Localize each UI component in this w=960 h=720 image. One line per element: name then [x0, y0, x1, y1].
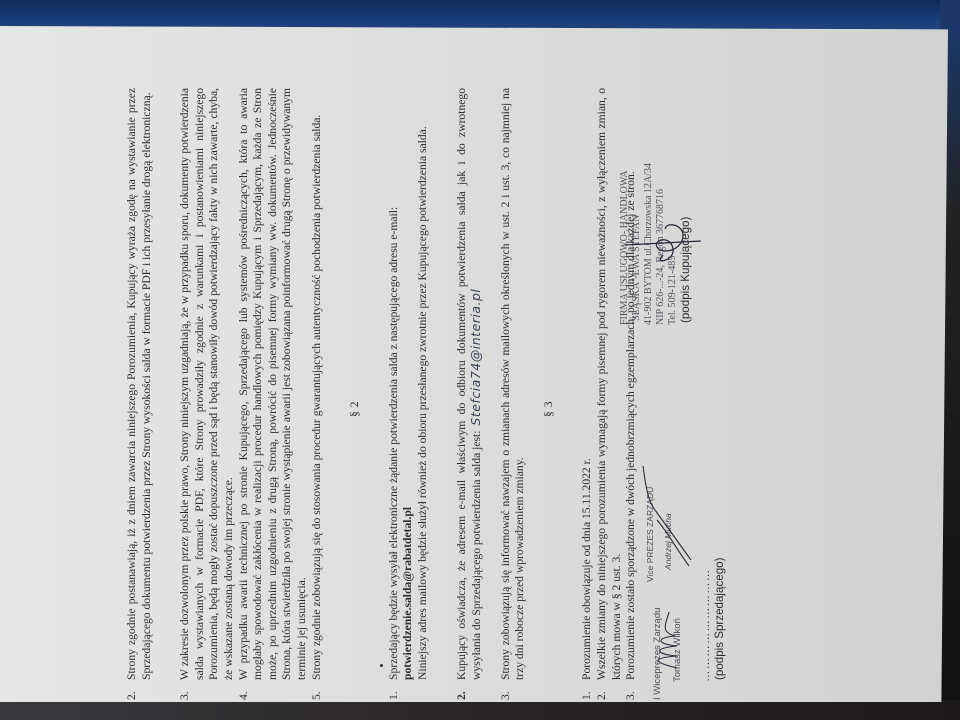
seller-stamp-title-left: I Wiceprezes Zarządu — [653, 608, 664, 700]
background-blue-surface — [0, 0, 960, 30]
signature-block: I Wiceprezes Zarządu Vice PREZES ZARZĄDU… — [645, 88, 755, 700]
section2-item-2: 2. Kupujący oświadcza, że adresem e-mail… — [455, 88, 485, 700]
item-number: 2. — [455, 691, 470, 700]
document-page: 2. Strony zgodnie postanawiają, iż z dni… — [125, 88, 925, 700]
stamp-line: FIRMA USŁUGOWO- HANDLOWA — [619, 105, 631, 325]
buyer-company-stamp: FIRMA USŁUGOWO- HANDLOWA "ŚLĄSKA" EWA ST… — [619, 105, 679, 345]
section1-item-3: 3. W zakresie dozwolonym przez polskie p… — [178, 88, 236, 700]
section1-item-5: 5. Strony zgodnie zobowiązują się do sto… — [310, 88, 325, 700]
item-number: 5. — [310, 691, 325, 700]
item-number: 1. — [387, 691, 402, 700]
section3-title: § 3 — [542, 88, 557, 700]
speck — [380, 664, 383, 667]
item-number: 3. — [178, 691, 193, 700]
section1-item-2: 2. Strony zgodnie postanawiają, iż z dni… — [125, 88, 154, 700]
item-number: 2. — [125, 691, 140, 700]
item-text: Strony zgodnie zobowiązują się do stosow… — [310, 88, 325, 680]
buyer-signature-block: FIRMA USŁUGOWO- HANDLOWA "ŚLĄSKA" EWA ST… — [619, 105, 694, 345]
seller-stamp-name-left: Tomasz Wilkoń — [673, 618, 684, 682]
item-text-after: Niniejszy adres mailowy będzie służył ró… — [416, 126, 429, 680]
item-text: Strony zobowiązują się informować nawzaj… — [499, 88, 528, 680]
seller-stamp-title-right: Vice PREZES ZARZĄDU — [645, 487, 656, 582]
item-number: 3. — [499, 691, 514, 700]
section2-item-1: 1. Sprzedający będzie wysyłał elektronic… — [387, 88, 431, 700]
seller-signature-caption: (podpis Sprzedającego) — [713, 450, 728, 700]
section3-item-1: 1. Porozumienie obowiązuje od dnia 15.11… — [580, 88, 595, 700]
item-text: Sprzedający będzie wysyłał elektroniczne… — [387, 207, 400, 680]
background-dark-strip — [0, 700, 960, 720]
item-number: 4. — [237, 691, 252, 700]
item-text: W przypadku awarii technicznej po stroni… — [237, 88, 310, 680]
seller-email: potwierdzenie.salda@rabatdetal.pl — [401, 507, 414, 680]
item-text: Porozumienie obowiązuje od dnia 15.11.20… — [580, 88, 595, 680]
item-number: 1. — [580, 691, 595, 700]
section2-item-3: 3. Strony zobowiązują się informować naw… — [499, 88, 528, 700]
buyer-signature-caption: (podpis Kupującego) — [679, 105, 694, 345]
item-text: Strony zgodnie postanawiają, iż z dniem … — [125, 88, 154, 680]
item-number: 3. — [624, 691, 639, 700]
item-text: W zakresie dozwolonym przez polskie praw… — [178, 88, 236, 680]
seller-signature-block: I Wiceprezes Zarządu Vice PREZES ZARZĄDU… — [645, 450, 728, 700]
seller-signature-line: ……………………… — [699, 450, 714, 700]
stamp-line: Tel. 509-121-485 — [667, 105, 679, 325]
section2-title: § 2 — [348, 88, 363, 700]
buyer-email-handwritten: Stefcia74@interia.pl — [468, 289, 483, 426]
stamp-line: 41-902 BYTOM ul.Chorzowska 12A/34 — [643, 105, 655, 325]
stamp-line: NIP 626-...-24, Regon 367768716 — [655, 105, 667, 325]
stamp-line: "ŚLĄSKA" EWA STEFAN — [631, 105, 643, 325]
item-number: 2. — [595, 691, 610, 700]
seller-stamp-name-right: Andrzej Mucha — [663, 513, 674, 570]
section1-item-4: 4. W przypadku awarii technicznej po str… — [237, 88, 310, 700]
